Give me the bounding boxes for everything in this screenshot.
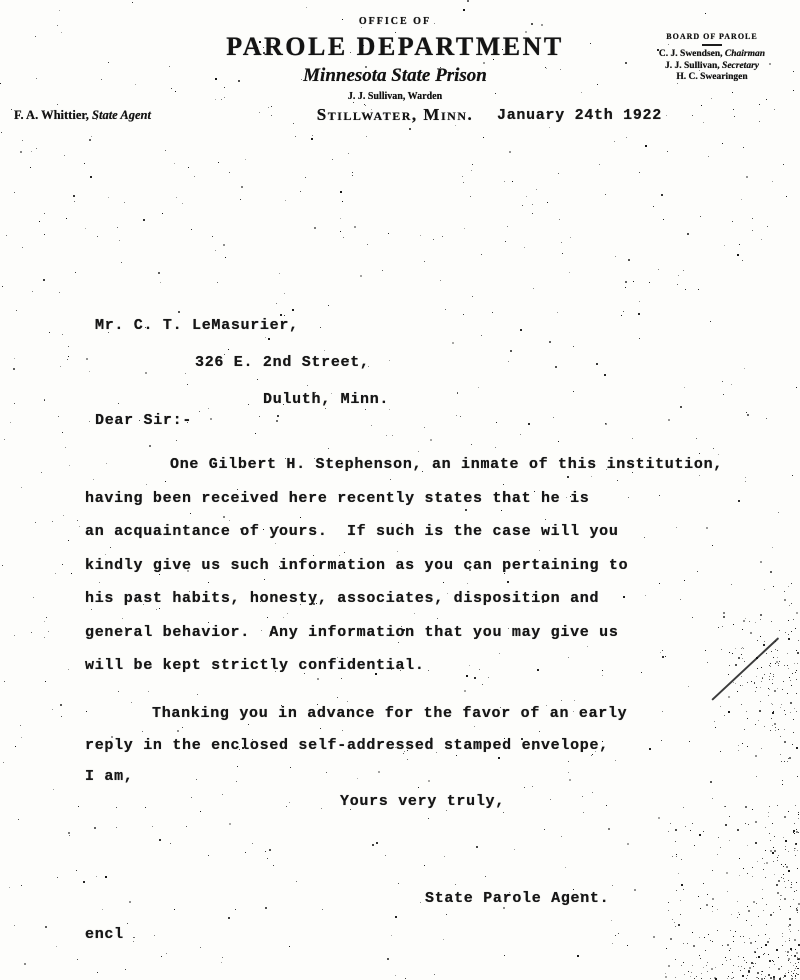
office-of-label: OFFICE OF bbox=[215, 16, 575, 27]
warden-line: J. J. Sullivan, Warden bbox=[215, 91, 575, 102]
board-title: BOARD OF PAROLE bbox=[628, 32, 796, 41]
recipient-name: Mr. C. T. LeMasurier, bbox=[95, 307, 389, 344]
body-line: kindly give us such information as you c… bbox=[85, 549, 723, 583]
enclosure-note: encl bbox=[85, 926, 124, 943]
signature-title: State Parole Agent. bbox=[425, 890, 609, 907]
body-line: general behavior. Any information that y… bbox=[85, 616, 723, 650]
body-line: will be kept strictly confidential. bbox=[85, 649, 723, 683]
state-agent-line: F. A. Whittier, State Agent bbox=[14, 108, 151, 123]
board-member: H. C. Swearingen bbox=[628, 72, 796, 84]
board-member-name: H. C. Swearingen bbox=[676, 72, 747, 82]
institution-name: Minnesota State Prison bbox=[215, 65, 575, 87]
body-line: an acquaintance of yours. If such is the… bbox=[85, 515, 723, 549]
body-line: reply in the enclosed self-addressed sta… bbox=[85, 730, 627, 762]
board-member-name: C. J. Swendsen, bbox=[659, 49, 725, 59]
closing-line: Yours very truly, bbox=[340, 793, 505, 810]
board-rule-divider bbox=[702, 44, 722, 46]
body-line: having been received here recently state… bbox=[85, 482, 723, 516]
board-of-parole-block: BOARD OF PAROLE C. J. Swendsen, Chairman… bbox=[628, 32, 796, 84]
board-member: C. J. Swendsen, Chairman bbox=[628, 49, 796, 61]
state-agent-title: State Agent bbox=[92, 108, 151, 122]
salutation: Dear Sir:- bbox=[95, 412, 192, 429]
body-paragraph-1: One Gilbert H. Stephenson, an inmate of … bbox=[85, 448, 723, 683]
body-line: One Gilbert H. Stephenson, an inmate of … bbox=[85, 448, 723, 482]
letter-date: January 24th 1922 bbox=[497, 107, 662, 124]
recipient-address-block: Mr. C. T. LeMasurier, 326 E. 2nd Street,… bbox=[95, 307, 389, 418]
department-title: PAROLE DEPARTMENT bbox=[215, 32, 575, 62]
board-member-name: J. J. Sullivan, bbox=[665, 61, 722, 71]
body-paragraph-2: Thanking you in advance for the favor of… bbox=[85, 698, 627, 793]
board-member-title: Chairman bbox=[725, 49, 765, 59]
body-line: his past habits, honesty, associates, di… bbox=[85, 582, 723, 616]
state-agent-name: F. A. Whittier, bbox=[14, 108, 92, 122]
letter-page: F. A. Whittier, State Agent OFFICE OF PA… bbox=[0, 0, 800, 980]
body-line: I am, bbox=[85, 761, 627, 793]
recipient-street: 326 E. 2nd Street, bbox=[95, 344, 389, 381]
body-line: Thanking you in advance for the favor of… bbox=[85, 698, 627, 730]
board-member: J. J. Sullivan, Secretary bbox=[628, 61, 796, 73]
board-member-title: Secretary bbox=[722, 61, 759, 71]
